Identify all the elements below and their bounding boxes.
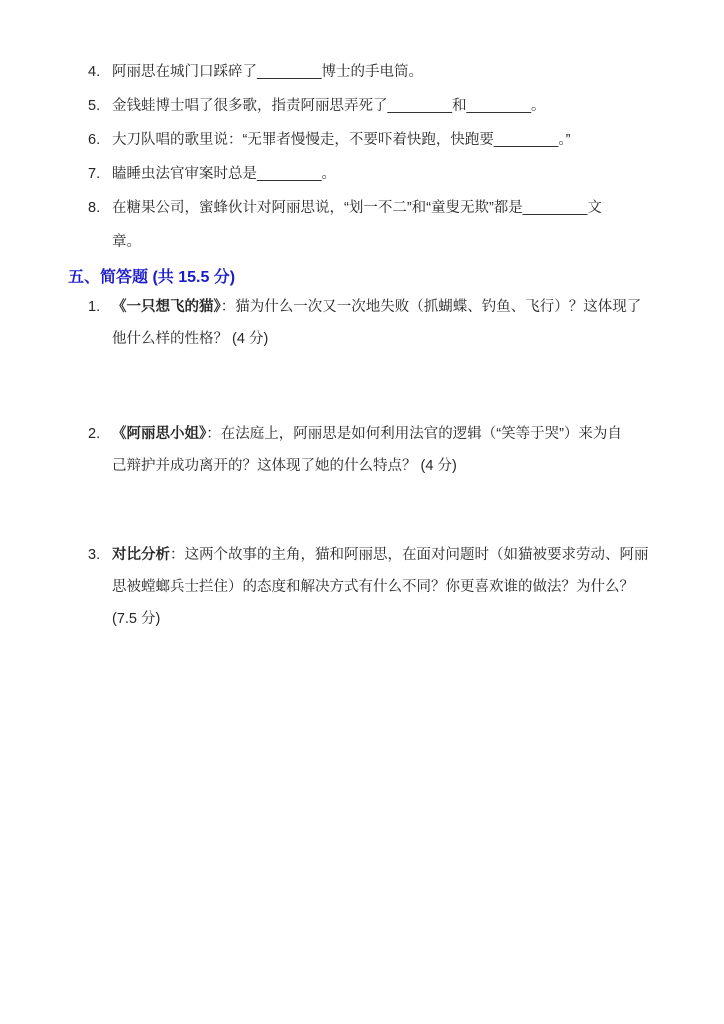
fill-blank-item: 7. 瞌睡虫法官审案时总是________。: [68, 157, 664, 191]
question-text: 《阿丽思小姐》：在法庭上，阿丽思是如何利用法官的逻辑（“笑等于哭”）来为自 己辩…: [112, 418, 622, 482]
fill-blank-item: 4. 阿丽思在城门口踩碎了________博士的手电筒。: [68, 55, 664, 89]
item-number: 6.: [88, 123, 112, 157]
item-number: 4.: [88, 55, 112, 89]
question-title: 对比分析: [112, 547, 170, 563]
item-text: 阿丽思在城门口踩碎了________博士的手电筒。: [112, 55, 423, 89]
item-text: 大刀队唱的歌里说：“无罪者慢慢走，不要吓着快跑，快跑要________。”: [112, 123, 570, 157]
question-line: (7.5 分): [112, 603, 649, 635]
item-line: 章。: [112, 225, 602, 259]
item-text: 瞌睡虫法官审案时总是________。: [112, 157, 336, 191]
item-line: 阿丽思在城门口踩碎了________博士的手电筒。: [112, 55, 423, 89]
question-line: 己辩护并成功离开的？这体现了她的什么特点？ (4 分): [112, 450, 622, 482]
section-title: 五、简答题 (共 15.5 分): [68, 265, 664, 291]
item-line: 瞌睡虫法官审案时总是________。: [112, 157, 336, 191]
item-line: 金钱蛙博士唱了很多歌，指责阿丽思弄死了________和________。: [112, 89, 546, 123]
item-text: 在糖果公司，蜜蜂伙计对阿丽思说，“划一不二”和“童叟无欺”都是________文…: [112, 191, 602, 259]
item-line: 大刀队唱的歌里说：“无罪者慢慢走，不要吓着快跑，快跑要________。”: [112, 123, 570, 157]
question-title: 《阿丽思小姐》: [112, 426, 206, 442]
question-item: 2. 《阿丽思小姐》：在法庭上，阿丽思是如何利用法官的逻辑（“笑等于哭”）来为自…: [68, 418, 664, 482]
item-number: 8.: [88, 191, 112, 225]
fill-blank-item: 8. 在糖果公司，蜜蜂伙计对阿丽思说，“划一不二”和“童叟无欺”都是______…: [68, 191, 664, 259]
short-answer-list: 1. 《一只想飞的猫》：猫为什么一次又一次地失败（抓蝴蝶、钓鱼、飞行）？这体现了…: [68, 291, 664, 635]
item-line: 在糖果公司，蜜蜂伙计对阿丽思说，“划一不二”和“童叟无欺”都是________文: [112, 191, 602, 225]
question-text: 《一只想飞的猫》：猫为什么一次又一次地失败（抓蝴蝶、钓鱼、飞行）？这体现了 他什…: [112, 291, 641, 355]
exam-page: 4. 阿丽思在城门口踩碎了________博士的手电筒。 5. 金钱蛙博士唱了很…: [0, 0, 724, 1024]
question-line: 思被螳螂兵士拦住）的态度和解决方式有什么不同？你更喜欢谁的做法？为什么？: [112, 571, 649, 603]
fill-blank-item: 6. 大刀队唱的歌里说：“无罪者慢慢走，不要吓着快跑，快跑要________。”: [68, 123, 664, 157]
question-number: 2.: [88, 418, 112, 450]
item-text: 金钱蛙博士唱了很多歌，指责阿丽思弄死了________和________。: [112, 89, 546, 123]
question-line: 《一只想飞的猫》：猫为什么一次又一次地失败（抓蝴蝶、钓鱼、飞行）？这体现了: [112, 291, 641, 323]
question-line: 对比分析：这两个故事的主角，猫和阿丽思，在面对问题时（如猫被要求劳动、阿丽: [112, 539, 649, 571]
item-number: 7.: [88, 157, 112, 191]
question-title: 《一只想飞的猫》: [112, 299, 221, 315]
question-item: 1. 《一只想飞的猫》：猫为什么一次又一次地失败（抓蝴蝶、钓鱼、飞行）？这体现了…: [68, 291, 664, 355]
question-line: 他什么样的性格？ (4 分): [112, 323, 641, 355]
fill-blank-item: 5. 金钱蛙博士唱了很多歌，指责阿丽思弄死了________和________。: [68, 89, 664, 123]
fill-blank-list: 4. 阿丽思在城门口踩碎了________博士的手电筒。 5. 金钱蛙博士唱了很…: [68, 55, 664, 259]
question-line-text: ：在法庭上，阿丽思是如何利用法官的逻辑（“笑等于哭”）来为自: [206, 426, 622, 442]
question-text: 对比分析：这两个故事的主角，猫和阿丽思，在面对问题时（如猫被要求劳动、阿丽 思被…: [112, 539, 649, 635]
question-line: 《阿丽思小姐》：在法庭上，阿丽思是如何利用法官的逻辑（“笑等于哭”）来为自: [112, 418, 622, 450]
question-number: 1.: [88, 291, 112, 323]
question-number: 3.: [88, 539, 112, 571]
question-item: 3. 对比分析：这两个故事的主角，猫和阿丽思，在面对问题时（如猫被要求劳动、阿丽…: [68, 539, 664, 635]
question-line-text: ：这两个故事的主角，猫和阿丽思，在面对问题时（如猫被要求劳动、阿丽: [170, 547, 649, 563]
question-line-text: ：猫为什么一次又一次地失败（抓蝴蝶、钓鱼、飞行）？这体现了: [221, 299, 642, 315]
item-number: 5.: [88, 89, 112, 123]
